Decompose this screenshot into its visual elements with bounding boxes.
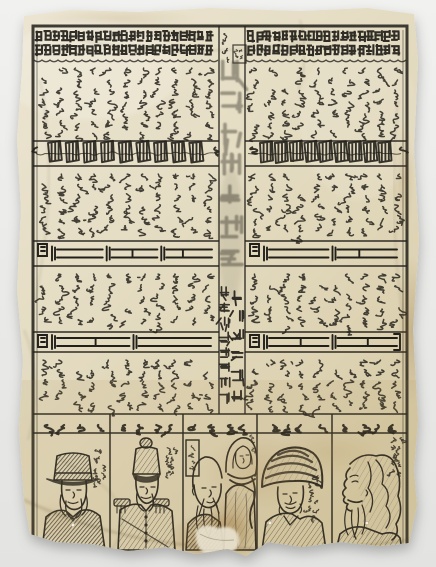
pinhole — [365, 521, 368, 524]
stain-blotch — [394, 120, 414, 240]
pinhole — [71, 523, 75, 527]
print-photo-canvas — [0, 0, 436, 567]
stain-blotch — [275, 426, 385, 478]
photo-of-woodblock-print — [0, 0, 436, 567]
pinhole — [268, 521, 272, 525]
ink-smudge — [218, 167, 244, 303]
stain-blotch — [30, 500, 90, 540]
